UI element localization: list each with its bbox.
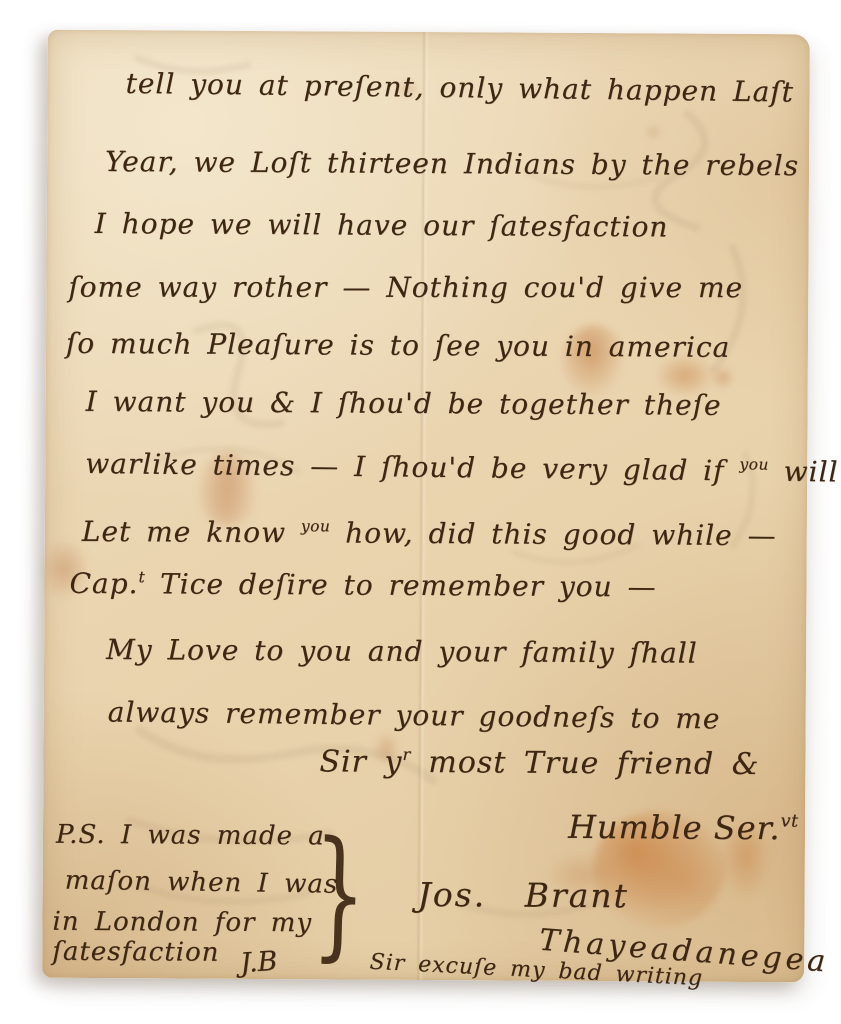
postscript-line: maſon when I was bbox=[64, 867, 338, 901]
line-text: most True friend & bbox=[411, 745, 760, 782]
letter-line: ſo much Pleaſure is to ſee you in americ… bbox=[66, 328, 730, 364]
line-text: Tice deſire to remember you — bbox=[145, 567, 657, 603]
line-text: I hope we will have our ſatesfaction bbox=[95, 207, 669, 244]
superscript-insertion: vt bbox=[781, 812, 799, 832]
letter-line: ſome way rother — Nothing cou'd give me bbox=[68, 272, 743, 305]
line-text: Cap. bbox=[69, 567, 138, 600]
signature-name: Jos. Brant bbox=[418, 876, 629, 915]
letter-line: Cap.t Tice deſire to remember you — bbox=[69, 568, 656, 604]
superscript-insertion: you bbox=[301, 517, 330, 535]
postscript-initials: J.B bbox=[239, 946, 278, 979]
postscript-line: P.S. I was made a bbox=[56, 821, 325, 853]
line-text: Year, we Loſt thirteen Indians by the re… bbox=[105, 145, 799, 182]
postscript-brace: } bbox=[311, 809, 368, 977]
stain bbox=[645, 125, 661, 138]
line-text: I want you & I ſhou'd be together theſe bbox=[86, 385, 722, 422]
letter-paper: tell you at preſent, only what happen La… bbox=[42, 30, 810, 983]
line-text: will bbox=[769, 455, 839, 489]
closing-line-2: Humble Ser.vt bbox=[568, 809, 799, 847]
line-text: always remember your goodneſs to me bbox=[108, 695, 721, 735]
postscript-line: ſatesfaction bbox=[52, 938, 219, 969]
postscript-line: in London for my bbox=[52, 908, 312, 939]
line-text: ſome way rother — Nothing cou'd give me bbox=[68, 271, 743, 305]
letter-line: My Love to you and your family ſhall bbox=[106, 634, 698, 670]
line-text: ſo much Pleaſure is to ſee you in americ… bbox=[66, 327, 730, 364]
letter-line: I want you & I ſhou'd be together theſe bbox=[86, 386, 722, 422]
line-text: Let me know bbox=[82, 515, 301, 549]
letter-line: I hope we will have our ſatesfaction bbox=[95, 208, 669, 244]
superscript-insertion: you bbox=[739, 455, 769, 473]
line-text: My Love to you and your family ſhall bbox=[106, 633, 698, 670]
scan-background: tell you at preſent, only what happen La… bbox=[0, 0, 841, 1024]
letter-line: Let me know you how, did this good while… bbox=[82, 516, 777, 552]
stain bbox=[710, 368, 736, 388]
line-text: Sir y bbox=[319, 744, 402, 780]
letter-line: Year, we Loſt thirteen Indians by the re… bbox=[105, 146, 799, 182]
closing-line-1: Sir yr most True friend & bbox=[319, 745, 759, 782]
line-text: how, did this good while — bbox=[330, 516, 776, 552]
line-text: Humble Ser. bbox=[568, 808, 781, 847]
